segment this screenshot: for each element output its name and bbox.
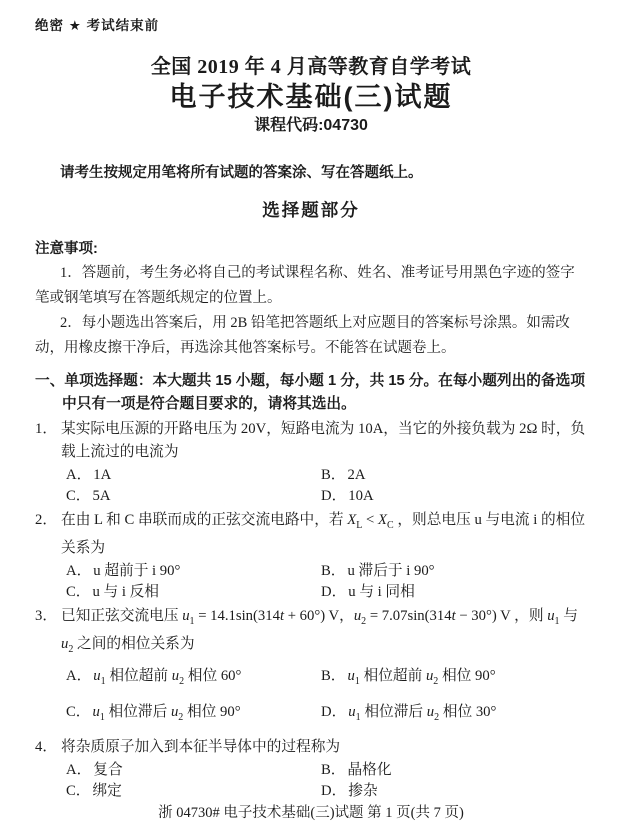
option-label: D．	[321, 783, 346, 799]
option-text: u1 相位超前 u2 相位 60°	[93, 668, 241, 684]
question-3: 3． 已知正弦交流电压 u1 = 14.1sin(314t + 60°) V，u…	[35, 605, 587, 728]
note-item-1: 1．答题前，考生务必将自己的考试课程名称、姓名、准考证号用黑色字迹的签字笔或钢笔…	[35, 261, 587, 311]
option-text: 1A	[93, 467, 111, 483]
question-3-body: 已知正弦交流电压 u1 = 14.1sin(314t + 60°) V，u2 =…	[61, 605, 587, 728]
question-1-options: A．1A B．2A C．5A D．10A	[61, 465, 587, 507]
question-2-options: A．u 超前于 i 90° B．u 滞后于 i 90° C．u 与 i 反相 D…	[61, 561, 587, 603]
option-label: D．	[321, 584, 346, 600]
option-text: 复合	[93, 762, 122, 778]
question-1-option-c: C．5A	[66, 486, 319, 507]
question-1-option-a: A．1A	[66, 465, 319, 486]
secrecy-label: 绝密 ★ 考试结束前	[35, 14, 587, 37]
question-2-body: 在由 L 和 C 串联而成的正弦交流电路中，若 XL < XC ，则总电压 u …	[61, 509, 587, 603]
question-2-option-d: D．u 与 i 同相	[321, 582, 587, 603]
candidate-instruction: 请考生按规定用笔将所有试题的答案涂、写在答题纸上。	[35, 162, 587, 185]
question-1-number: 1．	[35, 418, 61, 507]
question-2-option-b: B．u 滞后于 i 90°	[321, 561, 587, 582]
question-4-number: 4．	[35, 736, 61, 802]
option-text: 掺杂	[348, 783, 377, 799]
option-text: 10A	[348, 488, 373, 504]
question-1: 1． 某实际电压源的开路电压为 20V，短路电流为 10A，当它的外接负载为 2…	[35, 418, 587, 507]
question-1-text: 某实际电压源的开路电压为 20V，短路电流为 10A，当它的外接负载为 2Ω 时…	[61, 418, 587, 464]
option-text: u 与 i 反相	[92, 584, 159, 600]
option-text: u 超前于 i 90°	[93, 563, 180, 579]
option-label: B．	[321, 563, 345, 579]
page-footer: 浙 04730# 电子技术基础(三)试题 第 1 页(共 7 页)	[35, 802, 587, 835]
option-label: B．	[321, 762, 345, 778]
option-label: A．	[66, 668, 91, 684]
question-4-option-c: C．绑定	[66, 781, 319, 802]
question-3-option-d: D．u1 相位滞后 u2 相位 30°	[321, 702, 587, 728]
question-3-option-a: A．u1 相位超前 u2 相位 60°	[66, 666, 319, 692]
option-label: A．	[66, 563, 91, 579]
question-4: 4． 将杂质原子加入到本征半导体中的过程称为 A．复合 B．晶格化 C．绑定 D…	[35, 736, 587, 802]
question-4-option-a: A．复合	[66, 760, 319, 781]
question-3-number: 3．	[35, 605, 61, 728]
exam-session-title: 全国 2019 年 4 月高等教育自学考试	[35, 56, 587, 79]
question-3-option-b: B．u1 相位超前 u2 相位 90°	[321, 666, 587, 692]
question-4-options: A．复合 B．晶格化 C．绑定 D．掺杂	[61, 760, 587, 802]
question-4-text: 将杂质原子加入到本征半导体中的过程称为	[61, 736, 587, 759]
question-3-options: A．u1 相位超前 u2 相位 60° B．u1 相位超前 u2 相位 90° …	[61, 666, 587, 728]
option-text: 晶格化	[347, 762, 391, 778]
question-4-body: 将杂质原子加入到本征半导体中的过程称为 A．复合 B．晶格化 C．绑定 D．掺杂	[61, 736, 587, 802]
option-text: u 滞后于 i 90°	[347, 563, 434, 579]
option-label: D．	[321, 704, 346, 720]
part-heading: 选择题部分	[35, 199, 587, 222]
question-2-number: 2．	[35, 509, 61, 603]
option-text: 5A	[92, 488, 110, 504]
option-text: u1 相位滞后 u2 相位 90°	[92, 704, 240, 720]
question-2-option-a: A．u 超前于 i 90°	[66, 561, 319, 582]
option-text: u1 相位超前 u2 相位 90°	[347, 668, 495, 684]
option-label: C．	[66, 488, 90, 504]
option-label: D．	[321, 488, 346, 504]
option-label: B．	[321, 668, 345, 684]
option-label: B．	[321, 467, 345, 483]
question-1-body: 某实际电压源的开路电压为 20V，短路电流为 10A，当它的外接负载为 2Ω 时…	[61, 418, 587, 507]
question-4-option-b: B．晶格化	[321, 760, 587, 781]
option-label: A．	[66, 762, 91, 778]
paper-title: 电子技术基础(三)试题	[35, 86, 587, 109]
option-label: C．	[66, 783, 90, 799]
option-label: A．	[66, 467, 91, 483]
question-3-text: 已知正弦交流电压 u1 = 14.1sin(314t + 60°) V，u2 =…	[61, 605, 587, 661]
question-1-option-d: D．10A	[321, 486, 587, 507]
question-3-option-c: C．u1 相位滞后 u2 相位 90°	[66, 702, 319, 728]
question-2: 2． 在由 L 和 C 串联而成的正弦交流电路中，若 XL < XC ，则总电压…	[35, 509, 587, 603]
notes-title: 注意事项:	[35, 238, 587, 261]
option-text: 绑定	[92, 783, 121, 799]
note-item-2: 2．每小题选出答案后，用 2B 铅笔把答题纸上对应题目的答案标号涂黑。如需改动，…	[35, 311, 587, 361]
option-text: u1 相位滞后 u2 相位 30°	[348, 704, 496, 720]
option-text: 2A	[347, 467, 365, 483]
section-title: 一、单项选择题：本大题共 15 小题，每小题 1 分，共 15 分。在每小题列出…	[35, 370, 587, 416]
question-2-text: 在由 L 和 C 串联而成的正弦交流电路中，若 XL < XC ，则总电压 u …	[61, 509, 587, 560]
course-code: 课程代码:04730	[35, 114, 587, 137]
question-2-option-c: C．u 与 i 反相	[66, 582, 319, 603]
option-label: C．	[66, 584, 90, 600]
option-label: C．	[66, 704, 90, 720]
option-text: u 与 i 同相	[348, 584, 415, 600]
exam-paper-page: 绝密 ★ 考试结束前 全国 2019 年 4 月高等教育自学考试 电子技术基础(…	[0, 0, 620, 840]
question-1-option-b: B．2A	[321, 465, 587, 486]
question-4-option-d: D．掺杂	[321, 781, 587, 802]
